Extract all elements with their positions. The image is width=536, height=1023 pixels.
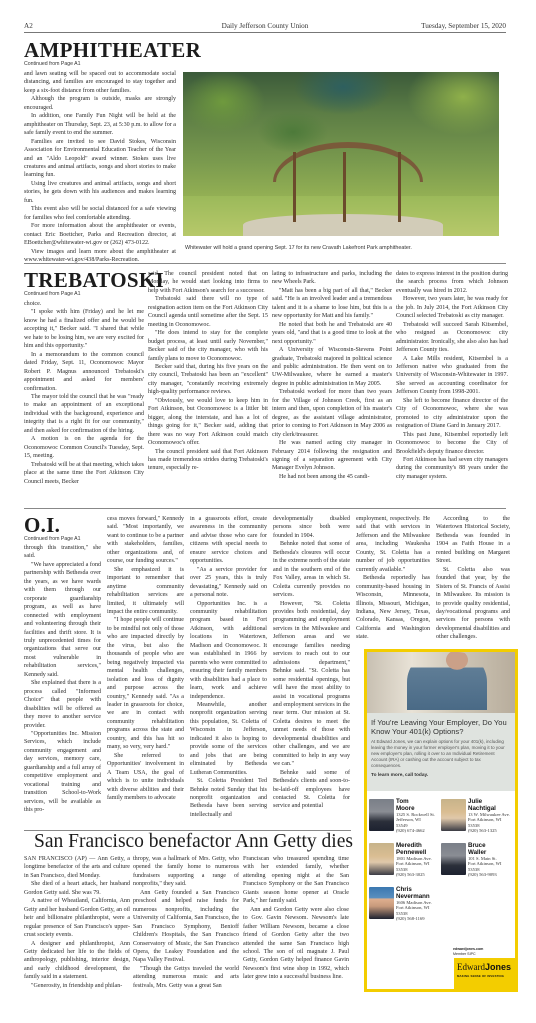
paragraph: "Opportunities Inc. Mission Services, wh…	[24, 730, 101, 815]
paragraph: through this transition," she said.	[24, 544, 101, 561]
phone: (920) 563-1325	[468, 828, 510, 833]
paragraph: Although the program is outside, masks a…	[24, 95, 176, 112]
oi-headline: O.I.	[24, 515, 60, 536]
paragraph: In a memorandum to the common council da…	[24, 351, 144, 393]
ad-cta: To learn more, call today.	[371, 773, 511, 778]
paragraph: She explained that there is a process ca…	[24, 679, 101, 730]
oi-col-3: in a grassroots effort, create awareness…	[190, 515, 267, 819]
oi-col-4: developmentally disabled persons since b…	[273, 515, 350, 811]
paragraph: Using live creatures and animal artifact…	[24, 180, 176, 205]
paragraph: Trebatoski will be at that meeting, whic…	[24, 461, 144, 486]
paragraph: choice.	[24, 300, 144, 308]
getty-headline: San Francisco benefactor Ann Getty dies	[34, 832, 353, 852]
phone: (920) 568-1169	[396, 916, 432, 921]
paragraph: in a grassroots effort, create awareness…	[190, 515, 267, 566]
paragraph: "Generosity, in friendship and philan-	[24, 982, 130, 990]
paragraph: Behnke said some of Bethesda's clients a…	[273, 769, 350, 811]
paragraph: Franciscan who treasured spending time w…	[243, 855, 349, 906]
paragraph: SAN FRANCISCO (AP) — Ann Getty, a longti…	[24, 855, 130, 880]
paragraph: She emphasized it is important to rememb…	[107, 566, 184, 617]
phone: (920) 674-4662	[396, 828, 435, 833]
paragraph: thropy, was a hallmark of Mrs. Getty, wh…	[133, 855, 239, 889]
agent-photo	[369, 843, 394, 875]
ad-headline: If You're Leaving Your Employer, Do You …	[371, 718, 511, 736]
paragraph: "Obviously, we would love to keep him in…	[148, 397, 268, 448]
paragraph: "Though the Gettys traveled the world at…	[133, 965, 239, 990]
agent-card: BruceWaller 101 S. Main St.Fort Atkinson…	[441, 843, 513, 883]
section-divider	[24, 508, 506, 509]
paragraph: employment, respectively. He said that w…	[356, 515, 430, 574]
paragraph: "Matt has been a big part of all that," …	[272, 287, 392, 321]
paragraph: The council president said that Fort Atk…	[148, 448, 268, 473]
ad-body: At Edward Jones, we can explain options …	[371, 739, 511, 769]
agent-name: MeredithPennewell	[396, 843, 426, 856]
paragraph: dates to express interest in the positio…	[396, 270, 508, 295]
oi-col-2: cess moves forward," Kennedy said. "Most…	[107, 515, 184, 802]
edward-jones-ad[interactable]: If You're Leaving Your Employer, Do You …	[364, 649, 518, 992]
amphitheater-continued: Continued from Page A1	[24, 61, 81, 67]
agent-card: JulieNachtigal 13 W. Milwaukee Ave.Fort …	[441, 799, 513, 839]
agent-photo	[369, 799, 394, 831]
agent-address: 1801 Madison Ave.Fort Atkinson, WI53538(…	[396, 856, 432, 877]
paragraph: "I hope people will continue to be mindf…	[107, 616, 184, 751]
canopy-post	[293, 152, 296, 222]
phone: (920) 563-9093	[468, 872, 501, 877]
paragraph: Fort Atkinson has had seven city manager…	[396, 456, 508, 481]
trebatoski-headline: TREBATOSKI	[24, 270, 164, 291]
paragraph: However, two years later, he was ready f…	[396, 295, 508, 320]
canopy-post	[343, 152, 346, 222]
trebatoski-col-1: choice. "I spoke with him (Friday) and h…	[24, 300, 144, 486]
paragraph: "As a service provider for over 25 years…	[190, 566, 267, 600]
paragraph: "He does intend to stay for the complete…	[148, 329, 268, 363]
agent-address: 1606 Madison Ave.Fort Atkinson, WI53538(…	[396, 900, 432, 921]
canopy-post	[398, 152, 401, 222]
paragraph: He noted that both he and Trebatoski are…	[272, 321, 392, 346]
paragraph: Meanwhile, another nonprofit organizatio…	[190, 701, 267, 777]
paragraph: "I spoke with him (Friday) and he let me…	[24, 308, 144, 350]
agent-card: ChrisNevermann 1606 Madison Ave.Fort Atk…	[369, 887, 441, 927]
section-divider	[24, 263, 506, 264]
trebatoski-col-2: said. The council president noted that o…	[148, 270, 268, 473]
paragraph: He had not been among the 45 candi-	[272, 473, 392, 481]
oi-col-5: employment, respectively. He said that w…	[356, 515, 430, 642]
edward-jones-logo: EdwardJones MAKING SENSE OF INVESTING	[454, 958, 515, 989]
paragraph: cess moves forward," Kennedy said. "Most…	[107, 515, 184, 566]
getty-col-1: SAN FRANCISCO (AP) — Ann Getty, a longti…	[24, 855, 130, 990]
man-at-desk	[407, 652, 487, 710]
paragraph: Becker said that, during his five years …	[148, 363, 268, 397]
city: Fort Atkinson, WI	[396, 905, 432, 910]
paragraph: A motion is on the agenda for the Oconom…	[24, 435, 144, 460]
paragraph: She died of a heart attack, her husband …	[24, 880, 130, 897]
paragraph: Families are invited to see David Stokes…	[24, 138, 176, 180]
paragraph: Trebatoski will succeed Sarah Kitsembel,…	[396, 321, 508, 355]
ad-website[interactable]: edwardjones.com	[453, 947, 483, 952]
agent-address: 13 W. Milwaukee Ave.Fort Atkinson, WI535…	[468, 812, 510, 833]
agent-photo	[441, 843, 466, 875]
agent-photo	[369, 887, 394, 919]
paragraph: "We have appreciated a fond partnership …	[24, 561, 101, 679]
paragraph: St. Coletta President Ted Behnke noted S…	[190, 777, 267, 819]
phone: (920) 563-3025	[396, 872, 432, 877]
city: Fort Atkinson, WI	[396, 861, 432, 866]
agent-card: TomMoore 1325 S. Rockwell St.Jefferson, …	[369, 799, 441, 839]
agent-photo	[441, 799, 466, 831]
ad-member: Member SIPC	[453, 952, 483, 957]
paragraph: A designer and philanthropist, Ann Getty…	[24, 940, 130, 982]
getty-col-3: Franciscan who treasured spending time w…	[243, 855, 349, 982]
trebatoski-col-4: dates to express interest in the positio…	[396, 270, 508, 481]
paragraph: developmentally disabled persons since b…	[273, 515, 350, 540]
oi-continued: Continued from Page A1	[24, 536, 81, 542]
paragraph: Opportunities Inc. is a community rehabi…	[190, 600, 267, 701]
paragraph: The mayor told the council that he was "…	[24, 393, 144, 435]
agent-address: 101 S. Main St.Fort Atkinson, WI53538(92…	[468, 856, 501, 877]
paragraph: Trebatoski said there will no type of re…	[148, 295, 268, 329]
oi-col-1: through this transition," she said. "We …	[24, 544, 101, 815]
logo-tagline: MAKING SENSE OF INVESTING	[457, 974, 512, 978]
logo-first: Edward	[457, 962, 485, 972]
paragraph: A native of Wheatland, California, Ann G…	[24, 897, 130, 939]
amphitheater-body: and lawn seating will be spaced out to a…	[24, 70, 176, 264]
agent-name: ChrisNevermann	[396, 887, 430, 900]
paragraph: She left to become finance director of t…	[396, 397, 508, 431]
paragraph: and lawn seating will be spaced out to a…	[24, 70, 176, 95]
paragraph: A University of Wisconsin-Stevens Point …	[272, 346, 392, 388]
paragraph: This past June, Kitsembel reportedly lef…	[396, 431, 508, 456]
paragraph: However, "St. Coletta provides both resi…	[273, 600, 350, 769]
paragraph: St. Coletta also was founded that year, …	[436, 566, 510, 642]
agent-name: TomMoore	[396, 799, 415, 812]
getty-col-2: thropy, was a hallmark of Mrs. Getty, wh…	[133, 855, 239, 990]
agent-name: JulieNachtigal	[468, 799, 496, 812]
paragraph: She referred to Opportunities' involveme…	[107, 752, 184, 803]
ad-message-box: If You're Leaving Your Employer, Do You …	[367, 713, 515, 791]
paragraph: Behnke noted that some of Bethesda's clo…	[273, 540, 350, 599]
trebatoski-col-3: lating to infrastructure and parks, incl…	[272, 270, 392, 481]
oi-col-6: According to the Watertown Historical So…	[436, 515, 510, 642]
paragraph: This event also will be social distanced…	[24, 205, 176, 222]
city: Fort Atkinson, WI	[468, 861, 501, 866]
paragraph: said. The council president noted that o…	[148, 270, 268, 295]
paragraph: lating to infrastructure and parks, incl…	[272, 270, 392, 287]
logo-second: Jones	[485, 962, 511, 972]
amphitheater-headline: AMPHITHEATER	[24, 40, 201, 61]
paragraph: View images and learn more about the amp…	[24, 248, 176, 265]
paragraph: For more information about the amphithea…	[24, 222, 176, 247]
paragraph: He was named acting city manager in Febr…	[272, 439, 392, 473]
amphitheater-photo	[183, 72, 499, 236]
paragraph: A Lake Mills resident, Kitsembel is a Je…	[396, 355, 508, 397]
agent-address: 1325 S. Rockwell St.Jefferson, WI53549(9…	[396, 812, 435, 833]
paragraph: Bethesda reportedly has community-based …	[356, 574, 430, 642]
paragraph: In addition, one Family Fun Night will b…	[24, 112, 176, 137]
paragraph: Ann and Gordon Getty were also close to …	[243, 906, 349, 982]
issue-date: Tuesday, September 15, 2020	[421, 22, 506, 30]
page-folio: A2 Daily Jefferson County Union Tuesday,…	[24, 20, 506, 33]
agent-card: MeredithPennewell 1801 Madison Ave.Fort …	[369, 843, 441, 883]
ad-photo	[367, 652, 515, 713]
paragraph: According to the Watertown Historical So…	[436, 515, 510, 566]
trebatoski-continued: Continued from Page A1	[24, 291, 81, 297]
photo-caption: Whitewater will hold a grand opening Sep…	[185, 245, 412, 251]
paragraph: Trebatoski worked for more than two year…	[272, 388, 392, 439]
ad-web-info: edwardjones.com Member SIPC	[453, 947, 483, 956]
paragraph: Ann Getty founded a San Francisco presch…	[133, 889, 239, 965]
agent-name: BruceWaller	[468, 843, 486, 856]
